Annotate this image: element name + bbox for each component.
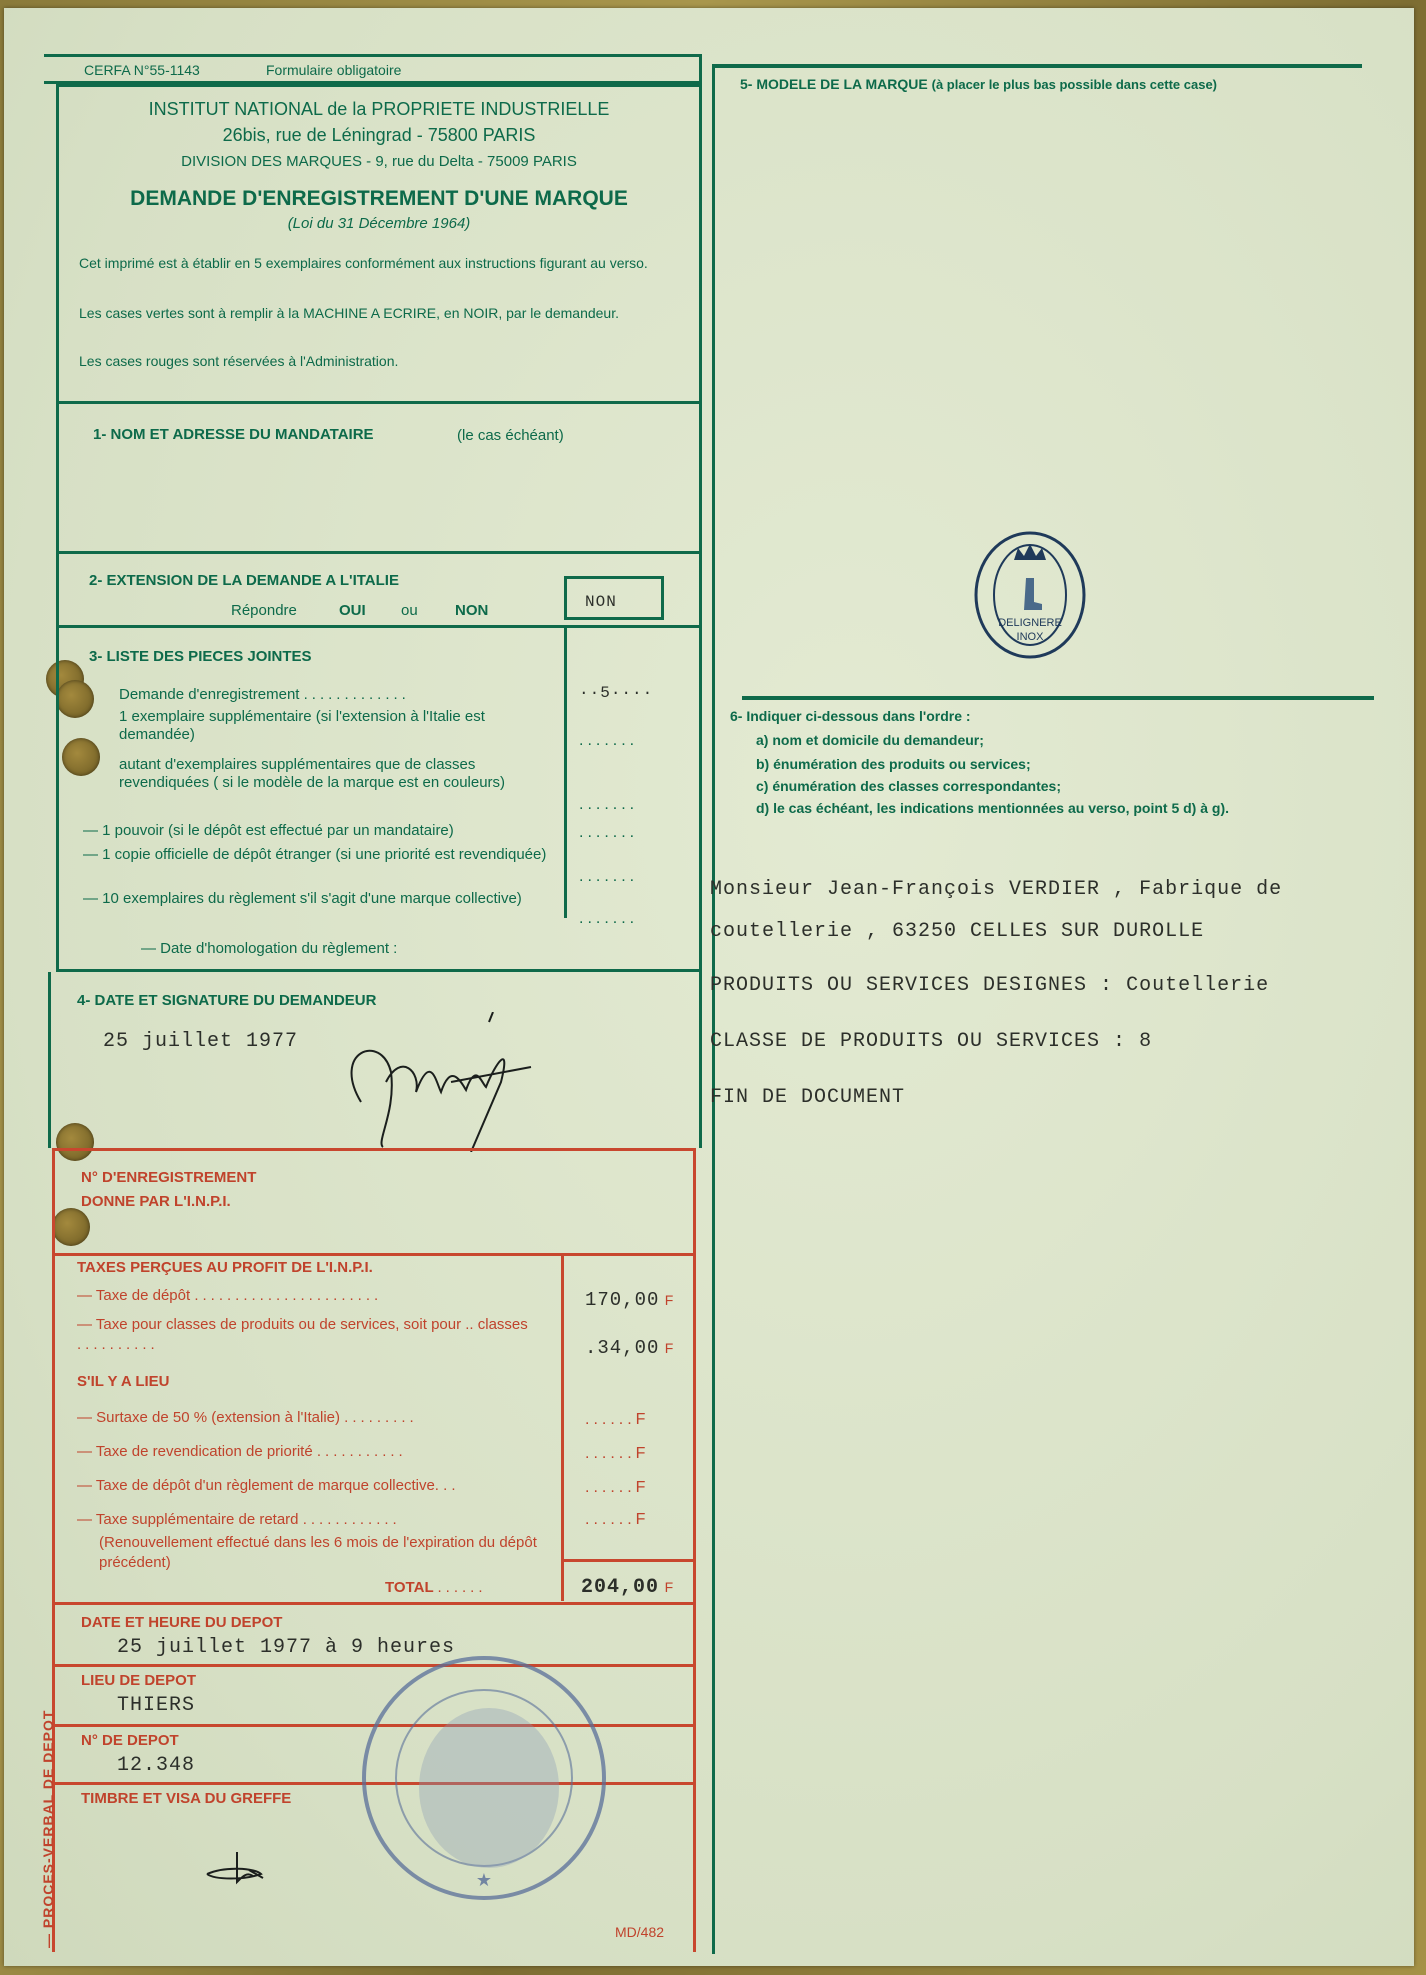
deposit-date-label: DATE ET HEURE DU DEPOT: [81, 1614, 282, 1631]
total-label: TOTAL ......: [385, 1579, 487, 1596]
instruction-3: Les cases rouges sont réservées à l'Admi…: [79, 353, 679, 369]
tax-line: — Taxe supplémentaire de retard ........…: [77, 1511, 557, 1528]
piece-value[interactable]: .......: [579, 868, 638, 886]
deposit-place-value[interactable]: THIERS: [117, 1694, 195, 1717]
piece-item: 1 exemplaire supplémentaire (si l'extens…: [119, 708, 559, 744]
division-address: DIVISION DES MARQUES - 9, rue du Delta -…: [59, 153, 699, 170]
svg-text:DELIGNERE: DELIGNERE: [998, 617, 1062, 629]
section-2-label: 2- EXTENSION DE LA DEMANDE A L'ITALIE: [89, 572, 399, 589]
instruction-b: b) énumération des produits ou services;: [756, 756, 1031, 772]
boot-icon: [1024, 578, 1042, 610]
piece-item: autant d'exemplaires supplémentaires que…: [119, 756, 559, 792]
instruction-2: Les cases vertes sont à remplir à la MAC…: [79, 303, 679, 323]
right-column-border: [712, 64, 715, 1954]
homologation-date-label: — Date d'homologation du règlement :: [141, 940, 397, 957]
tax-line: — Taxe pour classes de produits ou de se…: [77, 1315, 557, 1355]
obligatory-note: Formulaire obligatoire: [266, 62, 401, 78]
respond-prompt: Répondre: [231, 602, 297, 619]
proces-verbal-side-label: — PROCES-VERBAL DE DEPOT: [40, 1710, 56, 1948]
tax-value[interactable]: ......F: [585, 1511, 649, 1529]
column-divider: [564, 628, 567, 918]
tax-line: — Taxe de dépôt .......................: [77, 1287, 557, 1304]
section-6-label: 6- Indiquer ci-dessous dans l'ordre :: [730, 708, 971, 724]
section-2-italie: 2- EXTENSION DE LA DEMANDE A L'ITALIE Ré…: [56, 554, 702, 628]
applicant-signature: [321, 1012, 581, 1152]
registration-label-2: DONNE PAR L'I.N.P.I.: [81, 1193, 231, 1210]
instruction-a: a) nom et domicile du demandeur;: [756, 732, 984, 748]
italie-answer-field[interactable]: NON: [564, 576, 664, 620]
tax-value[interactable]: ......F: [585, 1411, 649, 1429]
piece-value[interactable]: .......: [579, 796, 638, 814]
typed-end[interactable]: FIN DE DOCUMENT: [710, 1086, 905, 1109]
taxes-title: TAXES PERÇUES AU PROFIT DE L'I.N.P.I.: [77, 1259, 373, 1276]
deposit-place-label: LIEU DE DEPOT: [81, 1672, 196, 1689]
law-reference: (Loi du 31 Décembre 1964): [59, 215, 699, 232]
institute-address: 26bis, rue de Léningrad - 75800 PARIS: [59, 125, 699, 146]
section-5-top-border: [712, 64, 1362, 68]
typed-products[interactable]: PRODUITS OU SERVICES DESIGNES : Coutelle…: [710, 974, 1269, 997]
section-1-label: 1- NOM ET ADRESSE DU MANDATAIRE: [93, 426, 374, 443]
form-title: DEMANDE D'ENREGISTREMENT D'UNE MARQUE: [59, 187, 699, 211]
deposit-number-label: N° DE DEPOT: [81, 1732, 179, 1749]
stamp-label: TIMBRE ET VISA DU GREFFE: [81, 1790, 291, 1807]
cerfa-bar: CERFA N°55-1143 Formulaire obligatoire: [44, 54, 702, 84]
tax-value[interactable]: ......F: [585, 1445, 649, 1463]
total-divider: [561, 1559, 695, 1562]
clerk-initials: [205, 1852, 285, 1892]
deposit-number-value[interactable]: 12.348: [117, 1754, 195, 1777]
institute-name: INSTITUT NATIONAL de la PROPRIETE INDUST…: [59, 99, 699, 120]
typed-applicant-line-1[interactable]: Monsieur Jean-François VERDIER , Fabriqu…: [710, 878, 1282, 901]
tax-value[interactable]: .34,00 F: [585, 1337, 673, 1359]
tax-value[interactable]: 170,00 F: [585, 1289, 673, 1311]
section-1-note: (le cas échéant): [457, 427, 564, 444]
italie-answer-value: NON: [585, 593, 617, 611]
section-4-signature: 4- DATE ET SIGNATURE DU DEMANDEUR 25 jui…: [48, 972, 702, 1148]
official-stamp: ★: [354, 1648, 614, 1908]
header-box: INSTITUT NATIONAL de la PROPRIETE INDUST…: [56, 84, 702, 404]
tax-value[interactable]: ......F: [585, 1479, 649, 1497]
typed-applicant-line-2[interactable]: coutellerie , 63250 CELLES SUR DUROLLE: [710, 920, 1204, 943]
option-oui: OUI: [339, 602, 366, 619]
total-value[interactable]: 204,00 F: [581, 1575, 673, 1599]
piece-item: Demande d'enregistrement .............: [119, 686, 559, 703]
svg-text:★: ★: [476, 1870, 492, 1890]
form-code: MD/482: [615, 1924, 664, 1940]
instruction-d: d) le cas échéant, les indications menti…: [756, 800, 1229, 816]
trademark-seal[interactable]: DELIGNERE INOX: [970, 530, 1090, 660]
signature-date[interactable]: 25 juillet 1977: [103, 1030, 298, 1053]
piece-value[interactable]: .......: [579, 910, 638, 928]
section-3-pieces: 3- LISTE DES PIECES JOINTES Demande d'en…: [56, 628, 702, 972]
piece-item: — 1 copie officielle de dépôt étranger (…: [83, 846, 563, 864]
section-6-top-border: [742, 696, 1374, 700]
instruction-1: Cet imprimé est à établir en 5 exemplair…: [79, 253, 679, 273]
piece-item: — 1 pouvoir (si le dépôt est effectué pa…: [83, 822, 563, 839]
form-sheet: CERFA N°55-1143 Formulaire obligatoire I…: [4, 8, 1414, 1966]
late-renewal-note: (Renouvellement effectué dans les 6 mois…: [99, 1533, 539, 1573]
section-1-mandataire[interactable]: 1- NOM ET ADRESSE DU MANDATAIRE (le cas …: [56, 404, 702, 554]
option-non: NON: [455, 602, 488, 619]
option-ou: ou: [401, 602, 418, 619]
cerfa-number: CERFA N°55-1143: [84, 62, 200, 78]
section-4-label: 4- DATE ET SIGNATURE DU DEMANDEUR: [77, 992, 376, 1009]
taxes-box: TAXES PERÇUES AU PROFIT DE L'I.N.P.I. — …: [52, 1253, 696, 1605]
piece-value[interactable]: ··5····: [579, 684, 653, 702]
typed-class[interactable]: CLASSE DE PRODUITS OU SERVICES : 8: [710, 1030, 1152, 1053]
registration-number-box: N° D'ENREGISTREMENT DONNE PAR L'I.N.P.I.: [52, 1148, 696, 1256]
tax-line: — Surtaxe de 50 % (extension à l'Italie)…: [77, 1409, 557, 1426]
piece-item: — 10 exemplaires du règlement s'il s'agi…: [83, 890, 563, 908]
optional-title: S'IL Y A LIEU: [77, 1373, 169, 1390]
tax-line: — Taxe de revendication de priorité ....…: [77, 1443, 557, 1460]
svg-text:INOX: INOX: [1017, 631, 1045, 643]
piece-value[interactable]: .......: [579, 732, 638, 750]
tax-line: — Taxe de dépôt d'un règlement de marque…: [77, 1477, 557, 1494]
instruction-c: c) énumération des classes correspondant…: [756, 778, 1061, 794]
column-divider: [561, 1253, 564, 1601]
section-3-label: 3- LISTE DES PIECES JOINTES: [89, 648, 312, 665]
section-5-label: 5- MODELE DE LA MARQUE (à placer le plus…: [740, 76, 1217, 92]
piece-value[interactable]: .......: [579, 824, 638, 842]
registration-label-1: N° D'ENREGISTREMENT: [81, 1169, 256, 1186]
